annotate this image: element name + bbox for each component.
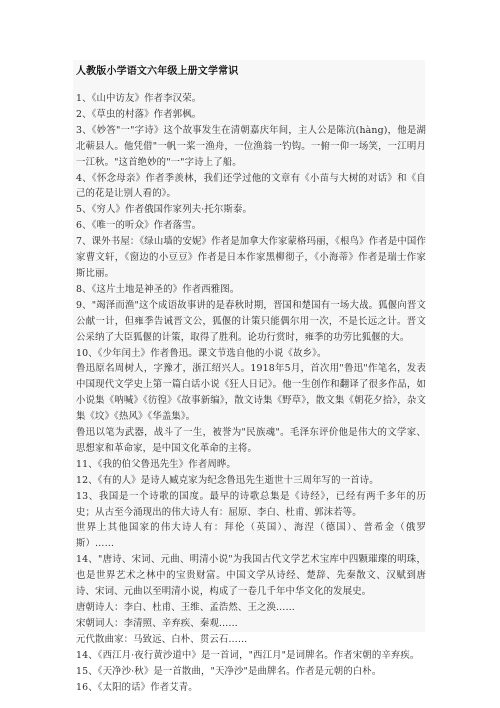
- luxun-bio: 鲁迅原名周树人，字豫才，浙江绍兴人。1918年5月，首次用"鲁迅"作笔名，发表中…: [76, 361, 426, 425]
- item-3: 3、《妙答"一"字诗》这个故事发生在清朝嘉庆年间，主人公是陈沆(hàng)，他是…: [76, 123, 426, 171]
- song-ci-poets: 宋朝词人：李清照、辛弃疾、秦观……: [76, 616, 426, 632]
- document-content: 人教版小学语文六年级上册文学常识 1、《山中访友》作者李汉荣。 2、《草虫的村落…: [76, 64, 426, 695]
- item-5: 5、《穷人》作者俄国作家列夫·托尔斯泰。: [76, 202, 426, 218]
- item-14b: 14、《西江月·夜行黄沙道中》是一首词，"西江月"是词牌名。作者宋朝的辛弃疾。: [76, 648, 426, 664]
- document-title: 人教版小学语文六年级上册文学常识: [76, 64, 426, 79]
- item-12: 12、《有的人》是诗人臧克家为纪念鲁迅先生逝世十三周年写的一首诗。: [76, 473, 426, 489]
- item-10: 10、《少年闰土》作者鲁迅。课文节选自他的小说《故乡》。: [76, 346, 426, 362]
- item-16: 16、《太阳的话》作者艾青。: [76, 680, 426, 696]
- item-6: 6、《唯一的听众》作者落雪。: [76, 218, 426, 234]
- tang-poets: 唐朝诗人：李白、杜甫、王维、孟浩然、王之涣……: [76, 600, 426, 616]
- item-14: 14、"唐诗、宋词、元曲、明清小说"为我国古代文学艺术宝库中四颗璀璨的明珠，也是…: [76, 552, 426, 600]
- item-9: 9、"竭泽而渔"这个成语故事讲的是春秋时期，晋国和楚国有一场大战。狐偃向晋文公献…: [76, 298, 426, 346]
- item-11: 11、《我的伯父鲁迅先生》作者周晔。: [76, 457, 426, 473]
- item-7: 7、课外书屋：《绿山墙的安妮》作者是加拿大作家蒙格玛丽，《根鸟》作者是中国作家曹…: [76, 234, 426, 282]
- yuan-qu-writers: 元代散曲家：马致远、白朴、贯云石……: [76, 632, 426, 648]
- luxun-evaluation: 鲁迅以笔为武器，战斗了一生，被誉为"民族魂"。毛泽东评价他是伟大的文学家、思想家…: [76, 425, 426, 457]
- item-8: 8、《这片土地是神圣的》作者西雅图。: [76, 282, 426, 298]
- world-poets: 世界上其他国家的伟大诗人有：拜伦（英国）、海涅（德国）、普希金（俄罗斯）……: [76, 520, 426, 552]
- item-2: 2、《草虫的村落》作者郭枫。: [76, 107, 426, 123]
- item-15: 15、《天净沙·秋》是一首散曲，"天净沙"是曲牌名。作者是元朝的白朴。: [76, 664, 426, 680]
- item-13: 13、我国是一个诗歌的国度。最早的诗歌总集是《诗经》，已经有两千多年的历史；从古…: [76, 489, 426, 521]
- item-4: 4、《怀念母亲》作者季羡林，我们还学过他的文章有《小苗与大树的对话》和《自己的花…: [76, 171, 426, 203]
- item-1: 1、《山中访友》作者李汉荣。: [76, 91, 426, 107]
